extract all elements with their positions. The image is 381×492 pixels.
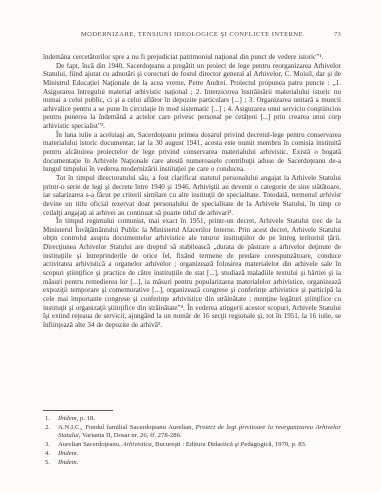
footnote-number: 2. [43,424,58,441]
italic-text-run: arhivist [319,191,341,199]
text-run: De fapt, încă din 1940, Sacerdoţeanu a p… [43,62,341,130]
footnote-text: Ibidem. [58,459,341,468]
text-run: . [77,459,79,466]
text-run: Tot în timpul directoratului său, a fost… [43,174,341,199]
footnote-text: A.N.I.C., Fondul familial Sacerdoţeanu A… [58,424,341,441]
paragraph: Tot în timpul directoratului său, a fost… [43,174,341,217]
footnote: 1.Ibidem, p. 18. [43,415,341,424]
running-header-title: MODERNIZARE, TENSIUNI IDEOLOGICE ŞI CONF… [81,31,303,38]
text-run: îndemâna cercetătorilor spre a nu fi pre… [43,53,323,61]
footnote-number: 4. [43,450,58,459]
footnote-text: Ibidem. [58,450,341,459]
document-page: MODERNIZARE, TENSIUNI IDEOLOGICE ŞI CONF… [0,0,381,492]
footnote-number: 5. [43,459,58,468]
footnote-text: Aurelian Sacerdoţeanu, Arhivistica, Bucu… [58,441,341,450]
italic-text-run: Arhivistica [122,441,151,448]
body-text: îndemâna cercetătorilor spre a nu fi pre… [43,53,341,330]
text-run: , Bucureşti : Editura Didactică şi Pedag… [152,441,307,448]
footnote: 3.Aurelian Sacerdoţeanu, Arhivistica, Bu… [43,441,341,450]
italic-text-run: Ibidem [58,415,77,422]
footnote: 5.Ibidem. [43,459,341,468]
running-header: MODERNIZARE, TENSIUNI IDEOLOGICE ŞI CONF… [43,30,341,42]
paragraph: În timpul regimului comunist, mai exact … [43,217,341,329]
italic-text-run: Ibidem [58,459,77,466]
paragraph: îndemâna cercetătorilor spre a nu fi pre… [43,53,341,62]
footnote-block: 1.Ibidem, p. 18.2.A.N.I.C., Fondul famil… [43,410,341,467]
text-run: În luna iulie a aceluiaşi an, Sacerdoţea… [43,131,341,174]
footnote-number: 3. [43,441,58,450]
text-run: , Varianta II, Dosar nr. 26, ff. 278-286… [79,432,182,439]
italic-text-run: Ibidem [58,450,77,457]
paragraph: În luna iulie a aceluiaşi an, Sacerdoţea… [43,131,341,174]
text-run: devine un titlu oficial rezervat doar pe… [43,200,341,217]
footnotes-list: 1.Ibidem, p. 18.2.A.N.I.C., Fondul famil… [43,415,341,467]
page-number: 73 [334,30,341,40]
footnote-text: Ibidem, p. 18. [58,415,341,424]
text-run: În timpul regimului comunist, mai exact … [43,217,341,329]
footnote: 4.Ibidem. [43,450,341,459]
text-run: , p. 18. [77,415,95,422]
footnote-separator [43,410,113,411]
text-run: A.N.I.C., Fondul familial Sacerdoţeanu A… [58,424,196,431]
footnote-number: 1. [43,415,58,424]
paragraph: De fapt, încă din 1940, Sacerdoţeanu a p… [43,62,341,131]
footnote: 2.A.N.I.C., Fondul familial Sacerdoţeanu… [43,424,341,441]
text-run: . [77,450,79,457]
text-run: Aurelian Sacerdoţeanu, [58,441,122,448]
